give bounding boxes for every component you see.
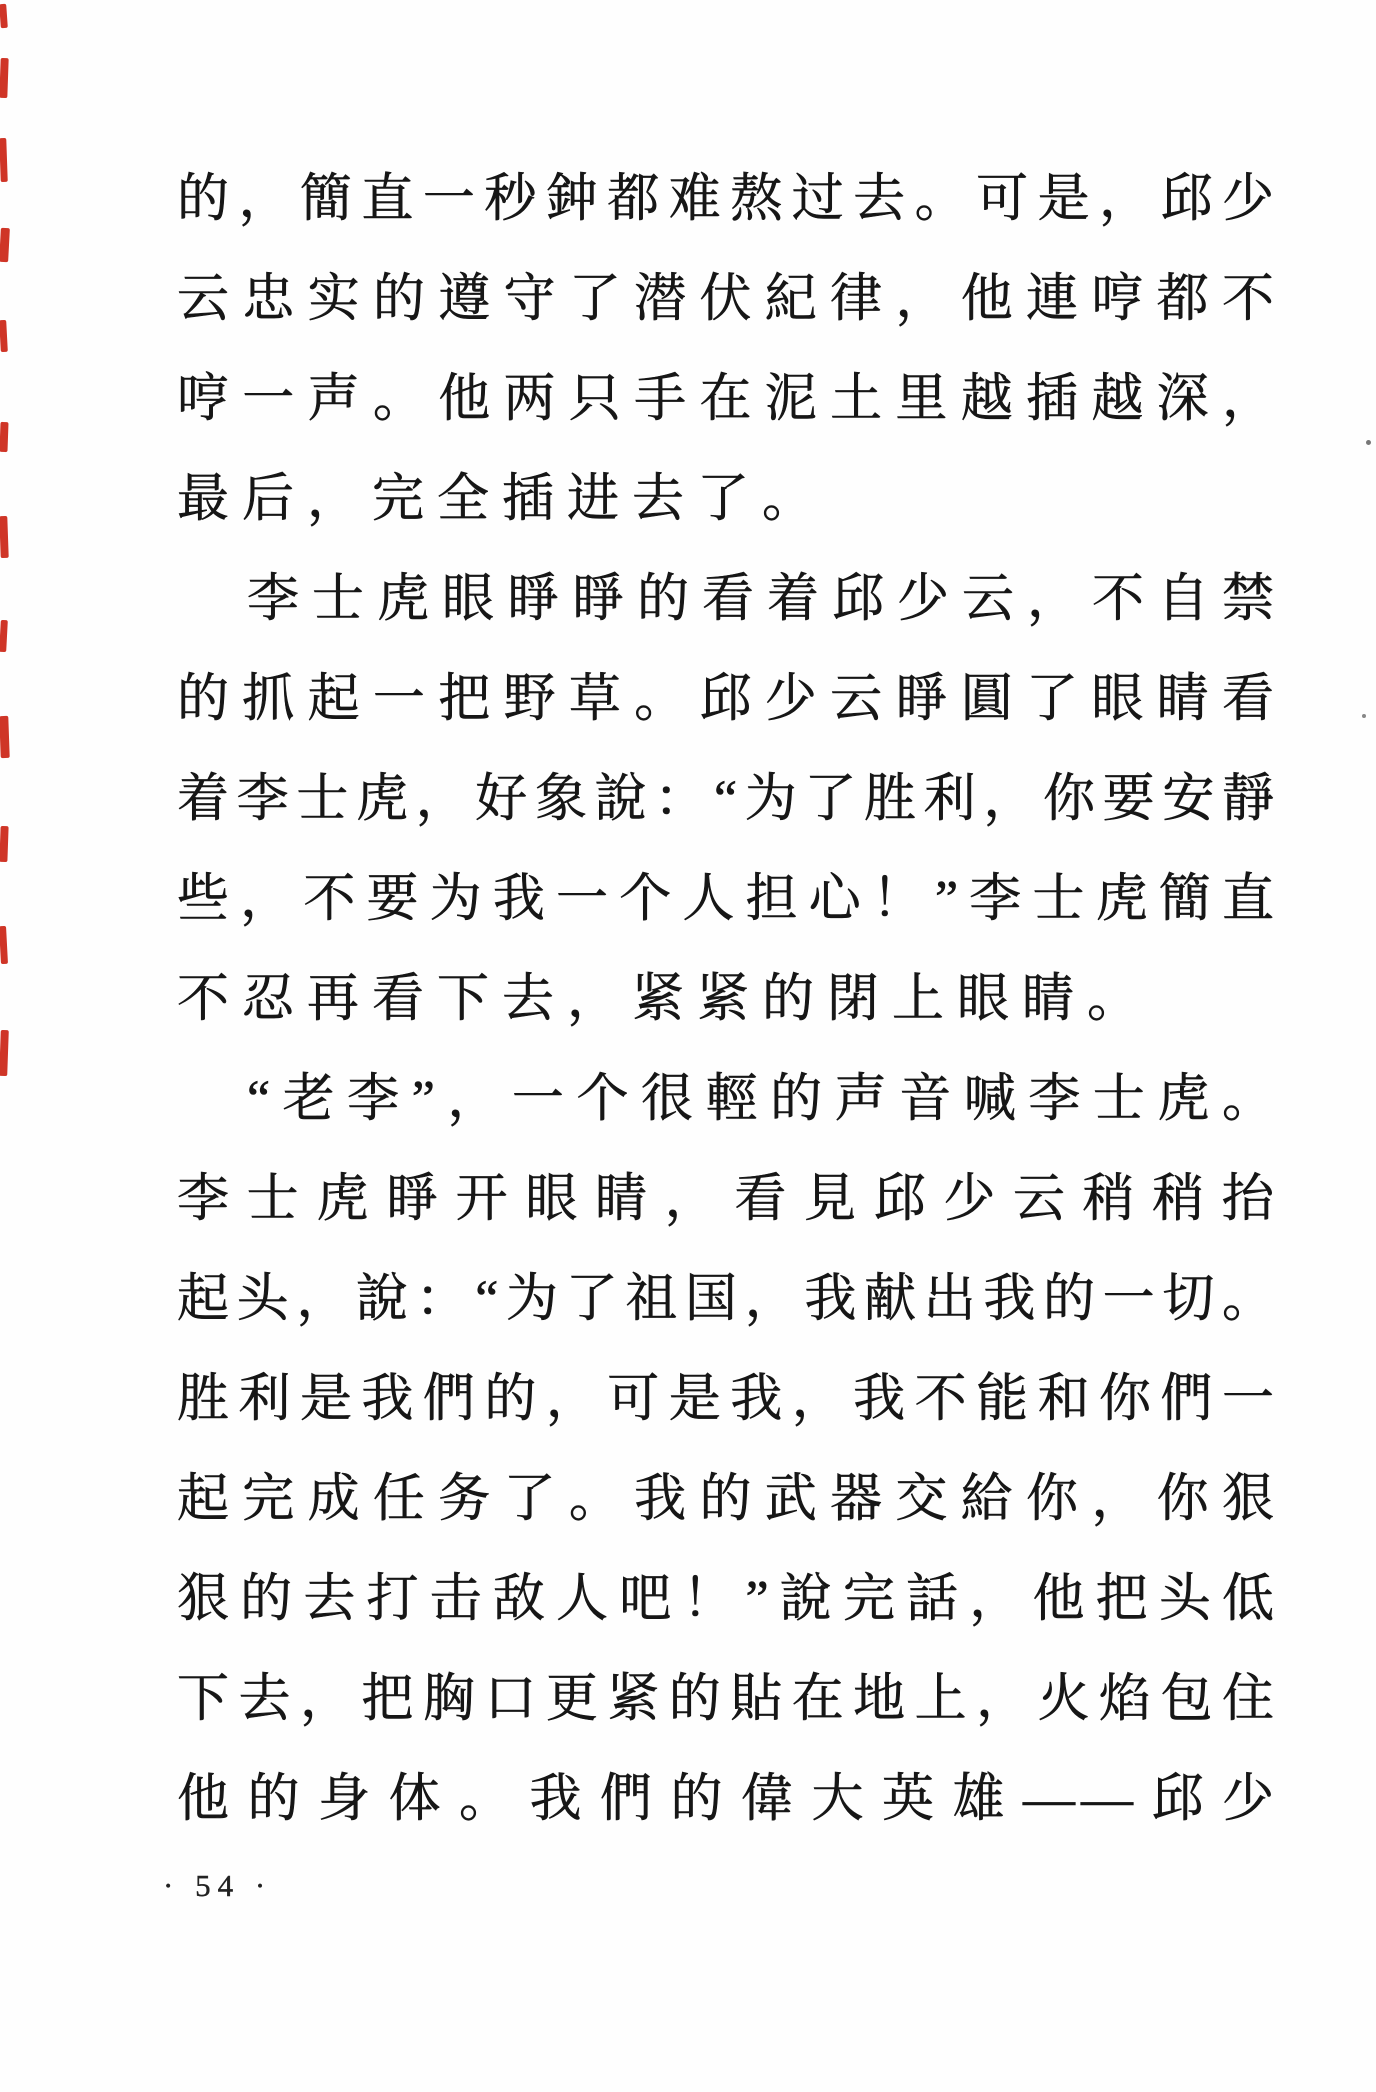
text-line: 的抓起一把野草。邱少云睜圓了眼睛看 (177, 650, 1280, 750)
text-line: 些，不要为我一个人担心！”李士虎簡直 (177, 850, 1280, 950)
red-edge-mark (0, 1030, 9, 1076)
text-line: 最后，完全插进去了。 (177, 450, 1280, 550)
text-line: 李士虎眼睜睜的看着邱少云，不自禁 (177, 550, 1280, 650)
red-edge-mark (0, 620, 8, 652)
text-line: 着李士虎，好象說：“为了胜利，你要安靜 (177, 750, 1280, 850)
text-line: 哼一声。他两只手在泥土里越插越深， (177, 350, 1280, 450)
red-edge-mark (0, 138, 8, 182)
red-edge-mark (0, 228, 10, 262)
text-line: 下去，把胸口更紧的貼在地上，火焰包住 (177, 1650, 1280, 1750)
red-edge-mark (0, 58, 9, 98)
text-line: 李士虎睜开眼睛，看見邱少云稍稍抬 (177, 1150, 1280, 1250)
text-line: 狠的去打击敌人吧！”說完話，他把头低 (177, 1550, 1280, 1650)
red-edge-mark (0, 716, 10, 758)
red-edge-mark (0, 926, 8, 964)
scan-speck (1362, 714, 1366, 718)
red-edge-mark (0, 320, 8, 352)
text-line: 起完成任务了。我的武器交給你，你狠 (177, 1450, 1280, 1550)
text-line: 不忍再看下去，紧紧的閉上眼睛。 (177, 950, 1280, 1050)
red-edge-mark (0, 826, 9, 862)
text-line: 胜利是我們的，可是我，我不能和你們一 (177, 1350, 1280, 1450)
red-edge-mark (0, 516, 9, 558)
book-page: 的，簡直一秒鈡都难熬过去。可是，邱少云忠实的遵守了潜伏紀律，他連哼都不哼一声。他… (0, 0, 1376, 2092)
body-text: 的，簡直一秒鈡都难熬过去。可是，邱少云忠实的遵守了潜伏紀律，他連哼都不哼一声。他… (177, 150, 1280, 1850)
text-line: “老李”，一个很輕的声音喊李士虎。 (177, 1050, 1280, 1150)
red-edge-mark (0, 4, 8, 28)
red-edge-mark (0, 422, 9, 452)
text-line: 起头，說：“为了祖国，我献出我的一切。 (177, 1250, 1280, 1350)
text-line: 云忠实的遵守了潜伏紀律，他連哼都不 (177, 250, 1280, 350)
scan-speck (1366, 440, 1371, 445)
text-line: 的，簡直一秒鈡都难熬过去。可是，邱少 (177, 150, 1280, 250)
text-line: 他的身体。我們的偉大英雄——邱少 (177, 1750, 1280, 1850)
page-number: · 54 · (163, 1868, 272, 1904)
